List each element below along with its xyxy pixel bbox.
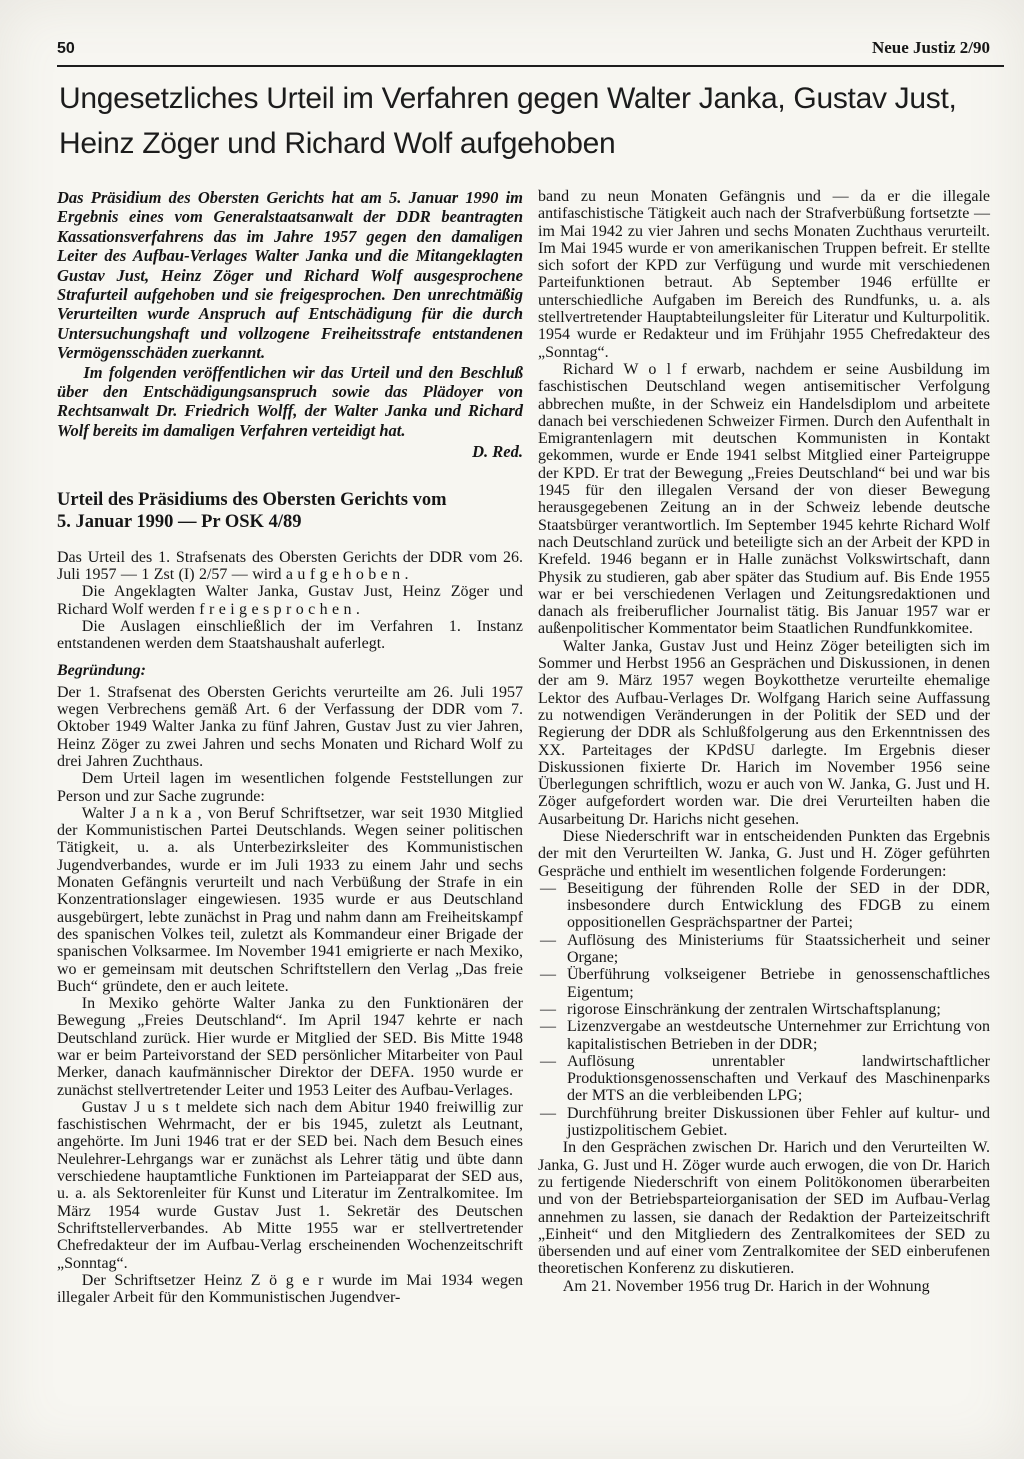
dash-bullet: — bbox=[540, 966, 556, 983]
judgment-heading-line-2: 5. Januar 1990 — Pr OSK 4/89 bbox=[57, 511, 523, 534]
journal-page: 50 Neue Justiz 2/90 Ungesetzliches Urtei… bbox=[0, 0, 1024, 1459]
left-column: Das Präsidium des Obersten Gerichts hat … bbox=[57, 188, 523, 1306]
dash-bullet: — bbox=[540, 880, 556, 897]
paragraph: In den Gesprächen zwischen Dr. Harich un… bbox=[538, 1139, 990, 1277]
dash-bullet: — bbox=[540, 932, 556, 949]
paragraph: Walter J a n k a , von Beruf Schriftsetz… bbox=[57, 805, 523, 995]
journal-reference: Neue Justiz 2/90 bbox=[872, 38, 990, 58]
list-item: —Überführung volkseigener Betriebe in ge… bbox=[538, 966, 990, 1001]
judgment-heading-line-1: Urteil des Präsidiums des Obersten Geric… bbox=[57, 489, 523, 512]
paragraph: Die Auslagen einschließlich der im Verfa… bbox=[57, 618, 523, 653]
dash-bullet: — bbox=[540, 1053, 556, 1070]
intro-paragraph-1: Das Präsidium des Obersten Gerichts hat … bbox=[57, 188, 523, 363]
list-item-text: Auflösung unrentabler landwirtschaftlich… bbox=[567, 1053, 990, 1105]
dash-bullet: — bbox=[540, 1105, 556, 1122]
headline-line-2: Heinz Zöger und Richard Wolf aufgehoben bbox=[59, 121, 957, 166]
dash-bullet: — bbox=[540, 1018, 556, 1035]
paragraph: Gustav J u s t meldete sich nach dem Abi… bbox=[57, 1099, 523, 1272]
headline-line-1: Ungesetzliches Urteil im Verfahren gegen… bbox=[59, 76, 957, 121]
intro-paragraph-2: Im folgenden veröffentlichen wir das Urt… bbox=[57, 363, 523, 441]
paragraph: Am 21. November 1956 trug Dr. Harich in … bbox=[538, 1278, 990, 1295]
page-number: 50 bbox=[57, 40, 75, 58]
list-item: —rigorose Einschränkung der zentralen Wi… bbox=[538, 1001, 990, 1018]
list-item: —Auflösung des Ministeriums für Staatssi… bbox=[538, 932, 990, 967]
paragraph: Der Schriftsetzer Heinz Z ö g e r wurde … bbox=[57, 1272, 523, 1307]
left-column-text: Das Urteil des 1. Strafsenats des Oberst… bbox=[57, 549, 523, 1307]
article-headline: Ungesetzliches Urteil im Verfahren gegen… bbox=[59, 76, 957, 166]
list-item-text: Überführung volkseigener Betriebe in gen… bbox=[567, 966, 990, 1000]
editorial-intro: Das Präsidium des Obersten Gerichts hat … bbox=[57, 188, 523, 462]
dash-bullet: — bbox=[540, 1001, 556, 1018]
header-rule bbox=[57, 65, 1004, 67]
list-item-text: Durchführung breiter Diskussionen über F… bbox=[567, 1105, 990, 1139]
paragraph: Der 1. Strafsenat des Obersten Gerichts … bbox=[57, 684, 523, 770]
paragraph: Dem Urteil lagen im wesentlichen folgend… bbox=[57, 770, 523, 805]
paragraph: band zu neun Monaten Gefängnis und — da … bbox=[538, 188, 990, 361]
list-item: —Lizenzvergabe an westdeutsche Unternehm… bbox=[538, 1018, 990, 1053]
right-column: band zu neun Monaten Gefängnis und — da … bbox=[538, 188, 990, 1295]
list-item: —Auflösung unrentabler landwirtschaftlic… bbox=[538, 1053, 990, 1105]
paragraph: Richard W o l f erwarb, nachdem er seine… bbox=[538, 361, 990, 638]
page-header: 50 Neue Justiz 2/90 bbox=[57, 38, 990, 58]
list-item-text: Auflösung des Ministeriums für Staatssic… bbox=[567, 932, 990, 966]
list-item-text: rigorose Einschränkung der zentralen Wir… bbox=[567, 1001, 941, 1018]
paragraph: Diese Niederschrift war in entscheidende… bbox=[538, 828, 990, 880]
editorial-byline: D. Red. bbox=[57, 442, 523, 461]
list-item: —Beseitigung der führenden Rolle der SED… bbox=[538, 880, 990, 932]
judgment-heading: Urteil des Präsidiums des Obersten Geric… bbox=[57, 489, 523, 534]
reasons-label: Begründung: bbox=[57, 662, 523, 679]
paragraph: Walter Janka, Gustav Just und Heinz Zöge… bbox=[538, 638, 990, 828]
paragraph: Das Urteil des 1. Strafsenats des Oberst… bbox=[57, 549, 523, 584]
right-column-text: band zu neun Monaten Gefängnis und — da … bbox=[538, 188, 990, 1295]
list-item-text: Lizenzvergabe an westdeutsche Unternehme… bbox=[567, 1018, 990, 1052]
paragraph: In Mexiko gehörte Walter Janka zu den Fu… bbox=[57, 995, 523, 1099]
list-item-text: Beseitigung der führenden Rolle der SED … bbox=[567, 880, 990, 932]
list-item: —Durchführung breiter Diskussionen über … bbox=[538, 1105, 990, 1140]
paragraph: Die Angeklagten Walter Janka, Gustav Jus… bbox=[57, 583, 523, 618]
